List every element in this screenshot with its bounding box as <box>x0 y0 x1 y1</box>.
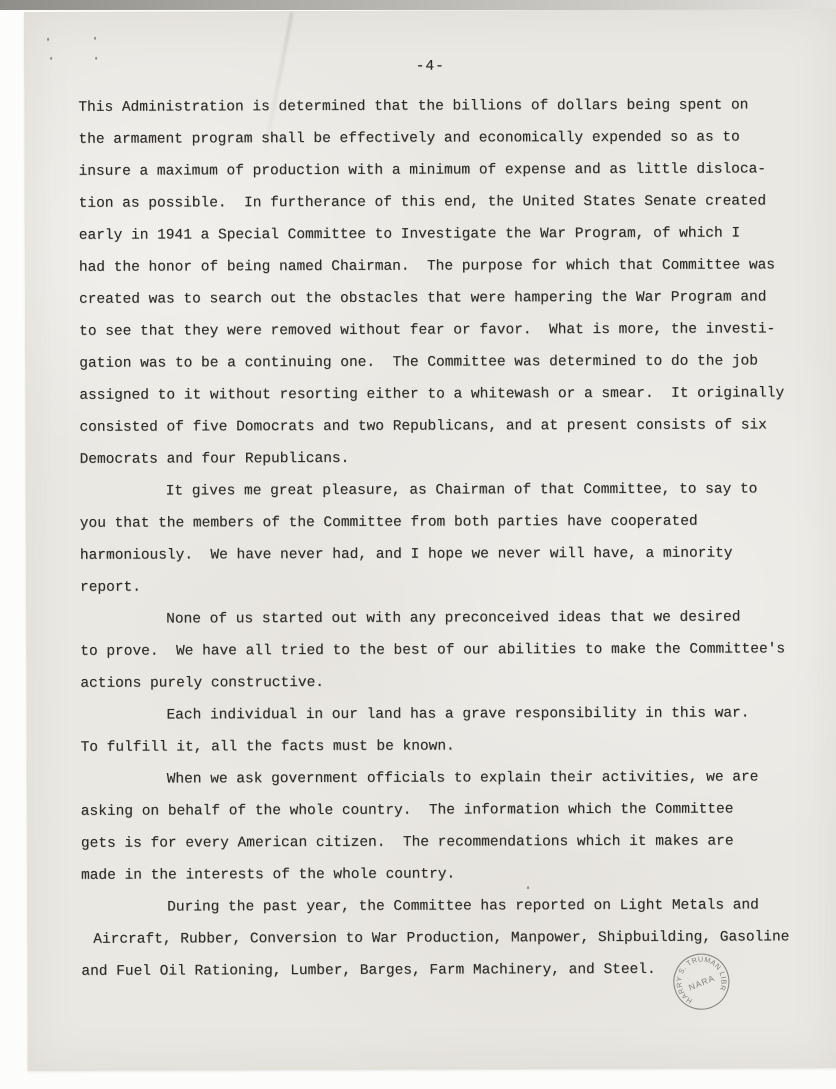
text-line: insure a maximum of production with a mi… <box>79 153 819 188</box>
text-line: To fulfill it, all the facts must be kno… <box>81 729 821 764</box>
text-line: When we ask government officials to expl… <box>81 761 821 796</box>
scanned-document: -4- This Administration is determined th… <box>0 0 836 1089</box>
text-line: gets is for every American citizen. The … <box>81 825 821 860</box>
text-line: harmoniously. We have never had, and I h… <box>80 537 820 572</box>
text-line: the armament program shall be effectivel… <box>78 121 818 156</box>
text-line: early in 1941 a Special Committee to Inv… <box>79 217 819 252</box>
paper-speck <box>47 38 49 41</box>
text-line: you that the members of the Committee fr… <box>80 505 820 540</box>
text-line: None of us started out with any preconce… <box>80 601 820 636</box>
text-line: During the past year, the Committee has … <box>81 889 821 924</box>
text-line: tion as possible. In furtherance of this… <box>79 185 819 220</box>
text-line: asking on behalf of the whole country. T… <box>81 793 821 828</box>
text-line: made in the interests of the whole count… <box>81 857 821 892</box>
document-page: -4- This Administration is determined th… <box>24 9 836 1071</box>
page-number: -4- <box>24 57 836 76</box>
paper-speck <box>94 37 96 40</box>
scan-edge-shadow <box>0 0 836 10</box>
text-line: report. <box>80 569 820 604</box>
text-line: gation was to be a continuing one. The C… <box>79 345 819 380</box>
text-line: assigned to it without resorting either … <box>79 377 819 412</box>
stamp-center-text: NARA <box>687 973 716 993</box>
text-line: actions purely constructive. <box>80 665 820 700</box>
text-line: consisted of five Domocrats and two Repu… <box>79 409 819 444</box>
text-block: This Administration is determined that t… <box>78 89 821 988</box>
text-line: had the honor of being named Chairman. T… <box>79 249 819 284</box>
text-line: to see that they were removed without fe… <box>79 313 819 348</box>
text-line: Democrats and four Republicans. <box>80 441 820 476</box>
text-line: Each individual in our land has a grave … <box>80 697 820 732</box>
text-line: It gives me great pleasure, as Chairman … <box>80 473 820 508</box>
text-line: created was to search out the obstacles … <box>79 281 819 316</box>
text-line: This Administration is determined that t… <box>78 89 818 124</box>
text-line: to prove. We have all tried to the best … <box>80 633 820 668</box>
